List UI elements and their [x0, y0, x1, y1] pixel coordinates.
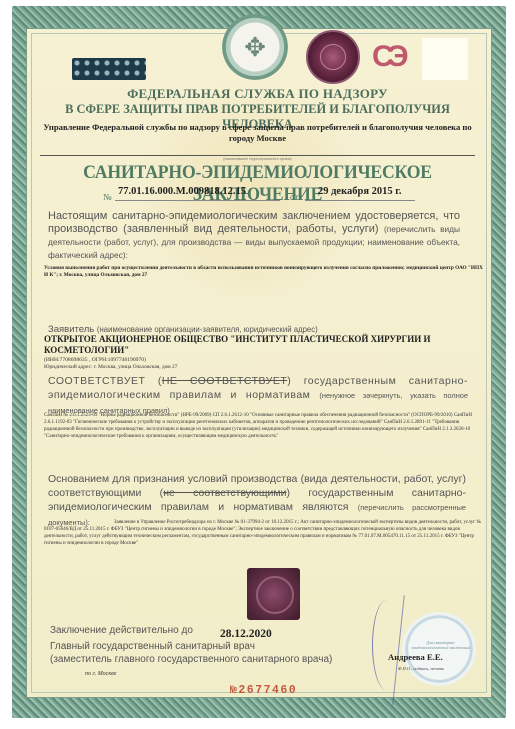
hologram-strip-icon — [72, 58, 146, 80]
hologram-seal-ring — [320, 44, 346, 70]
agency-title-line1: ФЕДЕРАЛЬНАЯ СЛУЖБА ПО НАДЗОРУ — [30, 86, 485, 102]
validity-label: Заключение действительно до — [50, 625, 193, 636]
validity-date: 28.12.2020 — [220, 628, 272, 640]
chief-doctor-title: Главный государственный санитарный врач — [50, 641, 255, 652]
activity-description: Условия выполнения работ при осуществлен… — [44, 265, 484, 279]
date-underline — [305, 200, 415, 201]
hologram-sticker-emblem — [256, 576, 294, 614]
deputy-chief-title: (заместитель главного государственного с… — [50, 654, 332, 665]
applicant-name: ОТКРЫТОЕ АКЦИОНЕРНОЕ ОБЩЕСТВО "ИНСТИТУТ … — [44, 334, 474, 356]
signature-caption: Ф.И.О., подпись, печать — [398, 666, 444, 671]
number-underline — [115, 200, 280, 201]
sanitary-rules-list: СанПиН № 2.6.1.2523-09 "Нормы радиационн… — [44, 412, 484, 440]
se-logo-icon: СЭ — [372, 40, 403, 74]
basis-documents: Заявление в Управление Роспотребнадзора … — [44, 519, 484, 547]
applicant-legal-address: Юридический адрес: г. Москва, улица Ольх… — [44, 364, 177, 370]
number-label: № — [103, 192, 112, 202]
department-underline — [40, 155, 475, 156]
struck-status: НЕ СООТВЕТСТВУЕТ — [162, 375, 287, 387]
applicant-label-hint: (наименование организации-заявителя, юри… — [97, 325, 318, 334]
basis-struck: не соответствующими — [163, 487, 286, 499]
applicant-ids: (ИНН:7708698635 , ОГРН:1097746190970) — [44, 357, 146, 363]
blank-box — [422, 38, 468, 80]
conformity-status: СООТВЕТСТВУЕТ — [48, 375, 145, 387]
document-number: 77.01.16.000.М.009818.12.15 — [118, 186, 246, 197]
double-headed-eagle-icon: ✥ — [243, 32, 267, 62]
city-label: по г. Москве — [85, 671, 116, 677]
department-caption: (наименование территориального органа) — [30, 157, 485, 161]
department-name: Управление Федеральной службы по надзору… — [30, 122, 485, 144]
signature-icon — [372, 600, 401, 690]
certification-intro: Настоящим санитарно-эпидемиологическим з… — [48, 210, 460, 262]
document-date: 29 декабря 2015 г. — [318, 186, 401, 197]
serial-number: №2677460 — [230, 684, 297, 697]
stamp-text: Для санитарно-эпидемиологических заключе… — [410, 640, 472, 650]
date-label: от — [290, 192, 298, 202]
signer-name: Андреева Е.Е. — [388, 652, 443, 662]
